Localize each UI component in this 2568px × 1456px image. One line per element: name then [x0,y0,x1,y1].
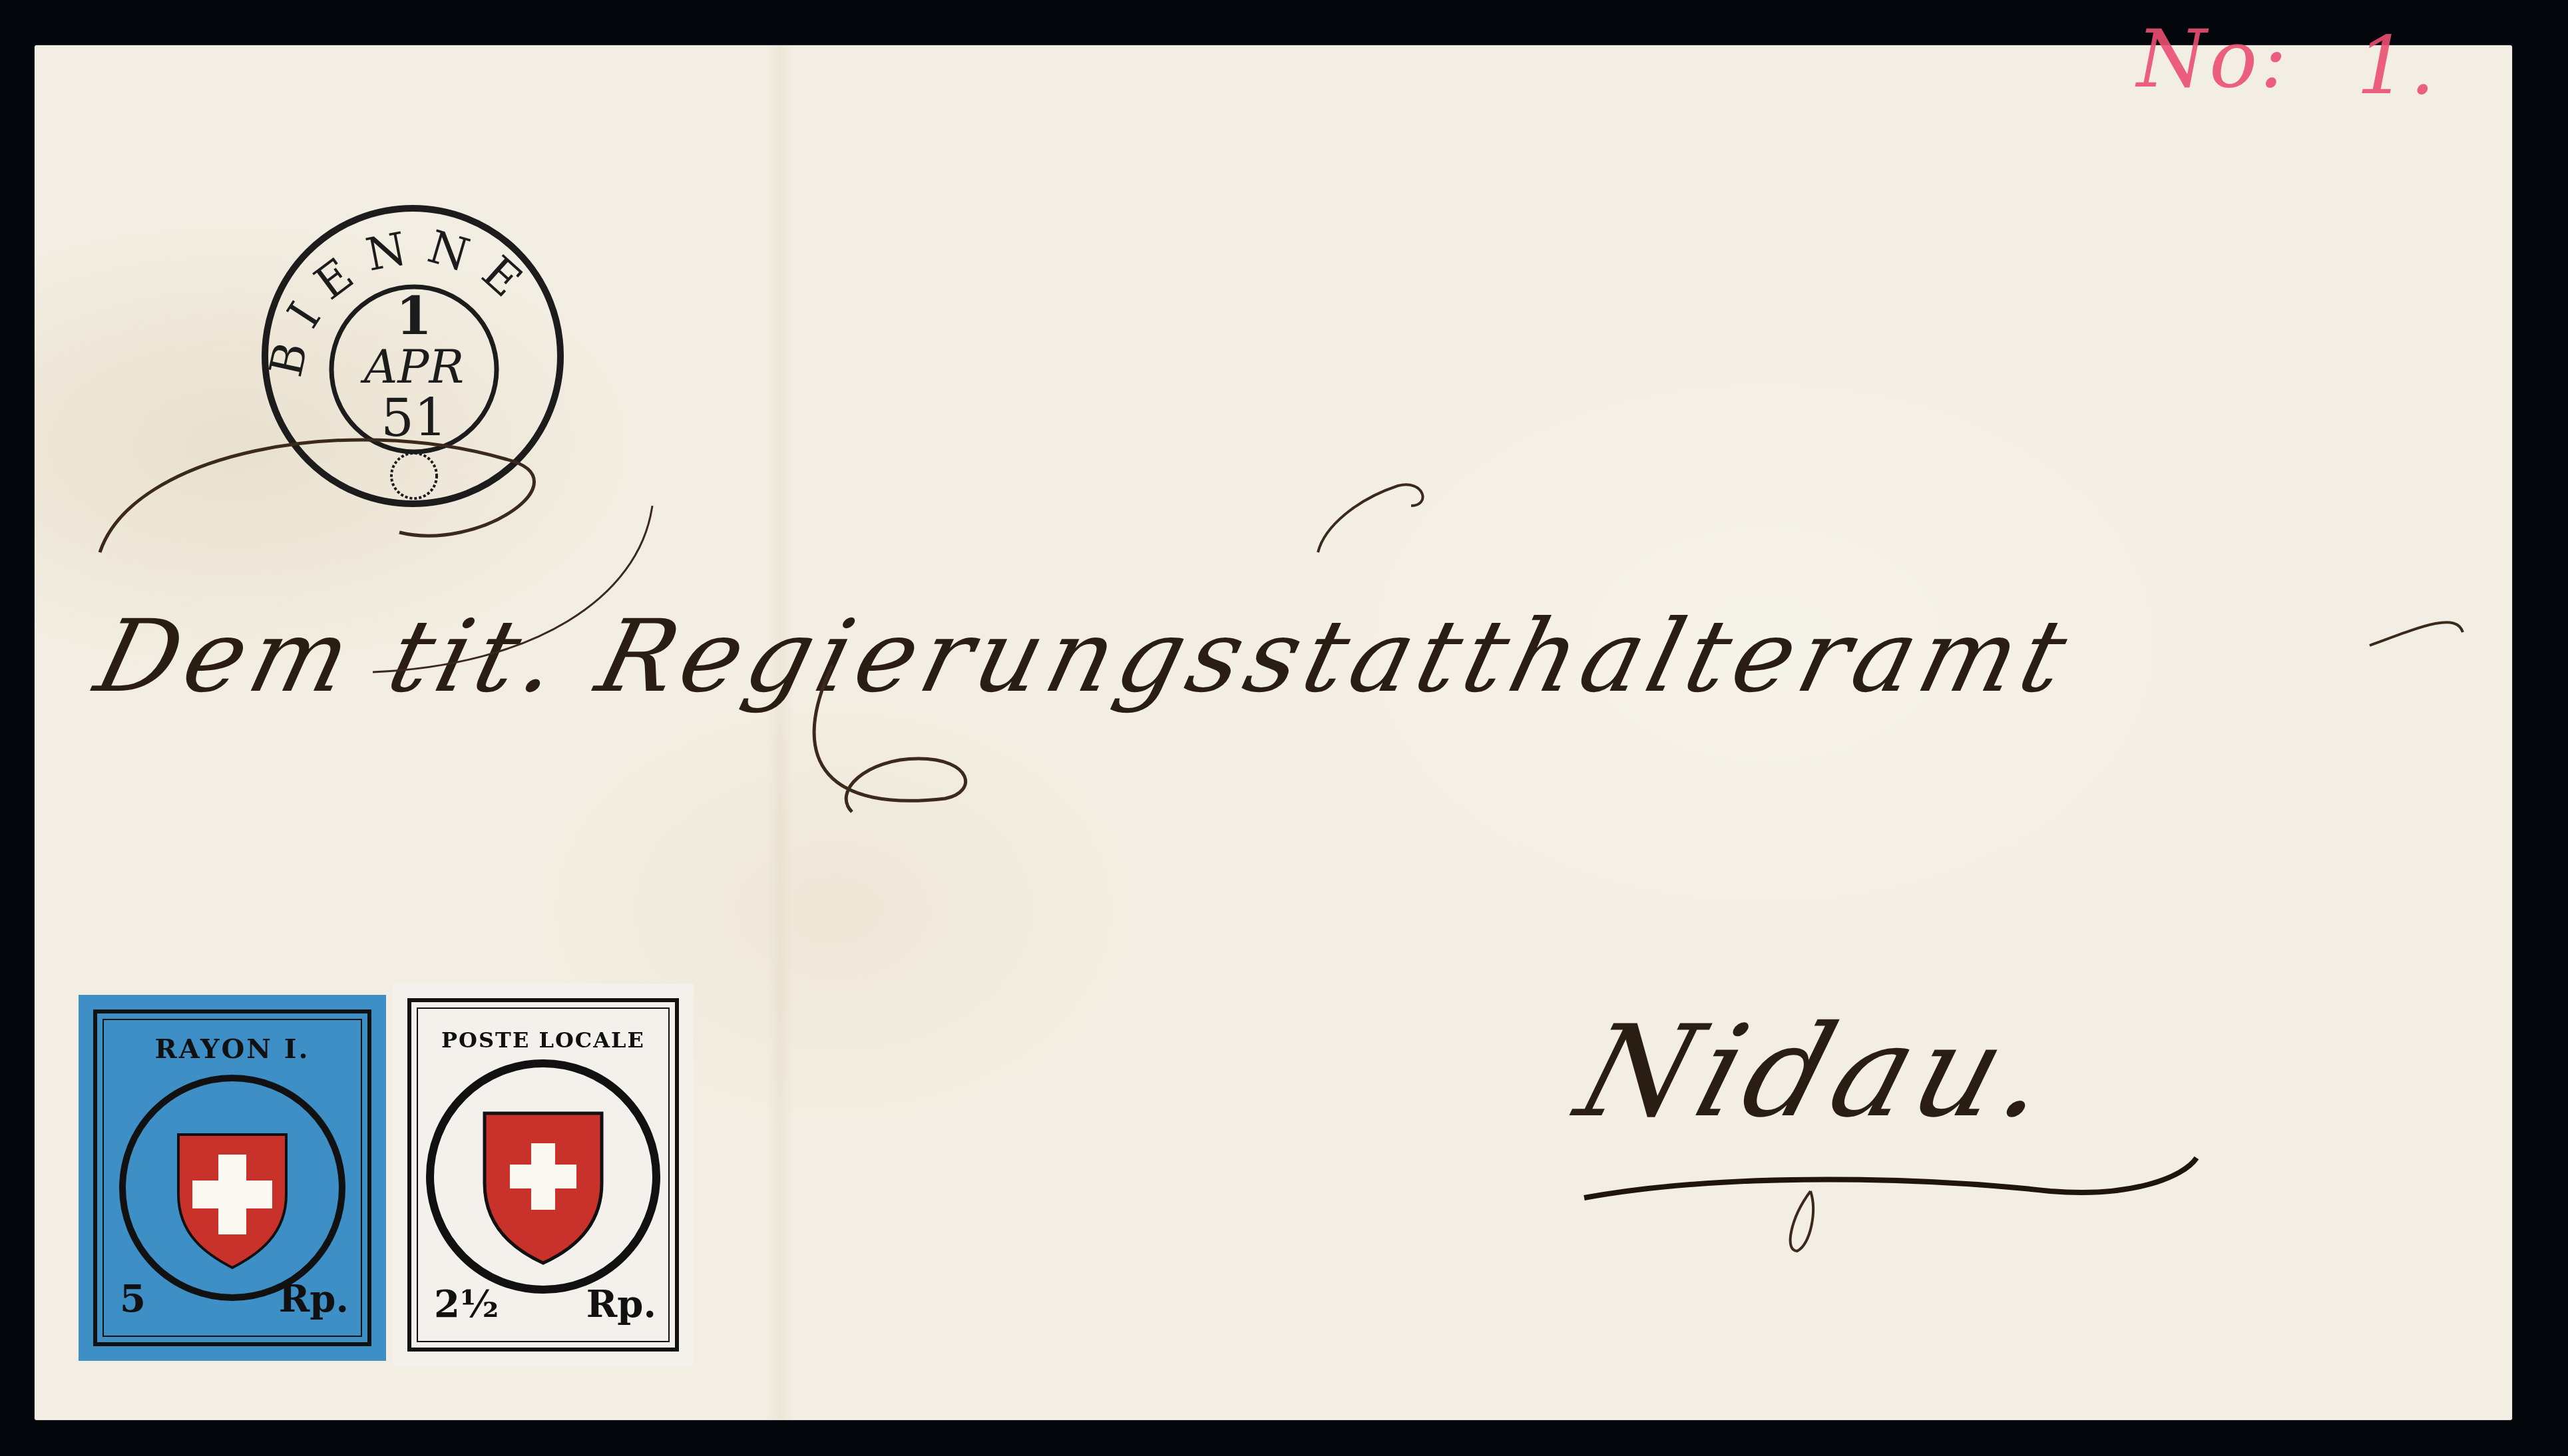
svg-text:APR: APR [360,339,464,394]
bienne-postmark: BIENNE 1 APR 51 [240,180,586,526]
stamp-rayon-i: RAYON I. 5 Rp. [79,995,386,1361]
paper-fold [767,45,793,1420]
svg-text:51: 51 [381,389,447,449]
postmark-circles: BIENNE 1 APR 51 [240,180,586,526]
stamp-value: 5 [120,1277,146,1321]
stamp-label: POSTE LOCALE [393,1027,694,1053]
stamp-unit: Rp. [279,1277,349,1321]
stamp-poste-locale: POSTE LOCALE 2½ Rp. [393,984,694,1366]
stamp-value: 2½ [434,1282,499,1326]
stamp-label: RAYON I. [79,1033,386,1065]
red-pencil-number: 1. [2356,20,2438,112]
address-line-1: Dem tit. Regierungsstatthalteramt [85,599,2084,715]
svg-text:1: 1 [396,286,432,347]
address-line-2: Nidau. [1563,998,2074,1145]
red-pencil-number-prefix: No: [2137,13,2290,106]
stamp-unit: Rp. [586,1282,656,1326]
